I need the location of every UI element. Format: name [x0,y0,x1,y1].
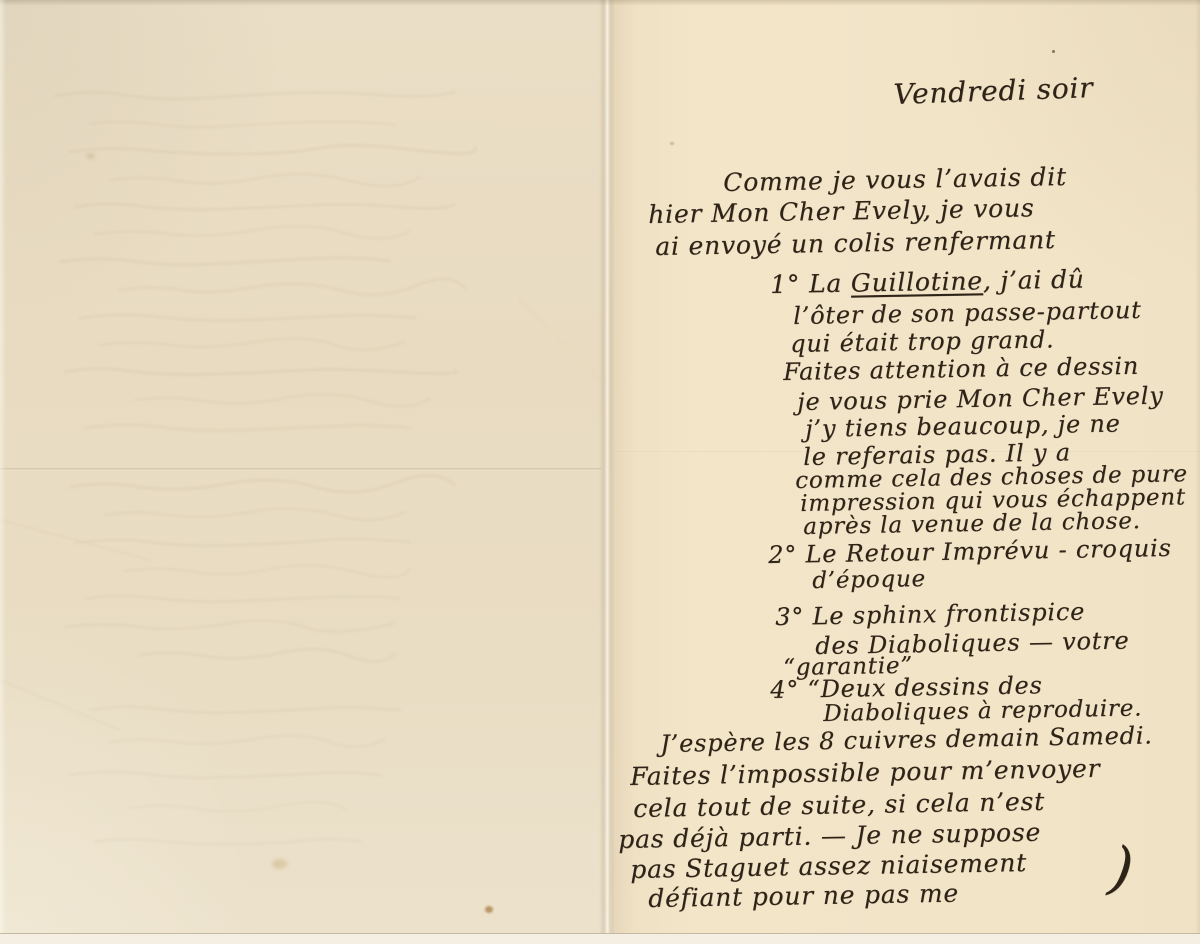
scanner-bed-strip [0,933,1200,944]
scan-edge-left [0,0,6,944]
handwritten-line: Faites attention à ce dessin [783,352,1139,386]
handwritten-line: 1° La Guillotine, j’ai dû [770,265,1085,299]
letter-scan: Vendredi soirComme je vous l’avais dithi… [0,0,1200,944]
handwritten-line: pas Staguet assez niaisement [630,848,1027,884]
closing-bracket: ) [1106,833,1139,904]
scan-edge-right [1195,0,1200,944]
handwritten-line: défiant pour ne pas me [648,879,959,913]
handwritten-line: cela tout de suite, si cela n’est [633,787,1045,823]
handwritten-line: j’y tiens beaucoup, je ne [805,409,1121,443]
handwritten-line: Comme je vous l’avais dit [723,162,1067,197]
handwritten-line: ai envoyé un colis renfermant [655,225,1056,261]
handwritten-line: l’ôter de son passe-partout [793,296,1142,330]
handwritten-line: 2° Le Retour Imprévu - croquis [768,534,1172,569]
handwritten-line: Faites l’impossible pour m’envoyer [630,754,1101,791]
scan-edge-top [0,0,1200,6]
handwritten-line: 3° Le sphinx frontispice [775,598,1085,631]
handwritten-line: d’époque [812,566,926,594]
right-page-text-layer: Vendredi soirComme je vous l’avais dithi… [0,0,1200,944]
handwritten-line: hier Mon Cher Evely, je vous [648,193,1035,229]
handwritten-line: J’espère les 8 cuivres demain Samedi. [660,721,1153,758]
date-line: Vendredi soir [893,71,1094,111]
